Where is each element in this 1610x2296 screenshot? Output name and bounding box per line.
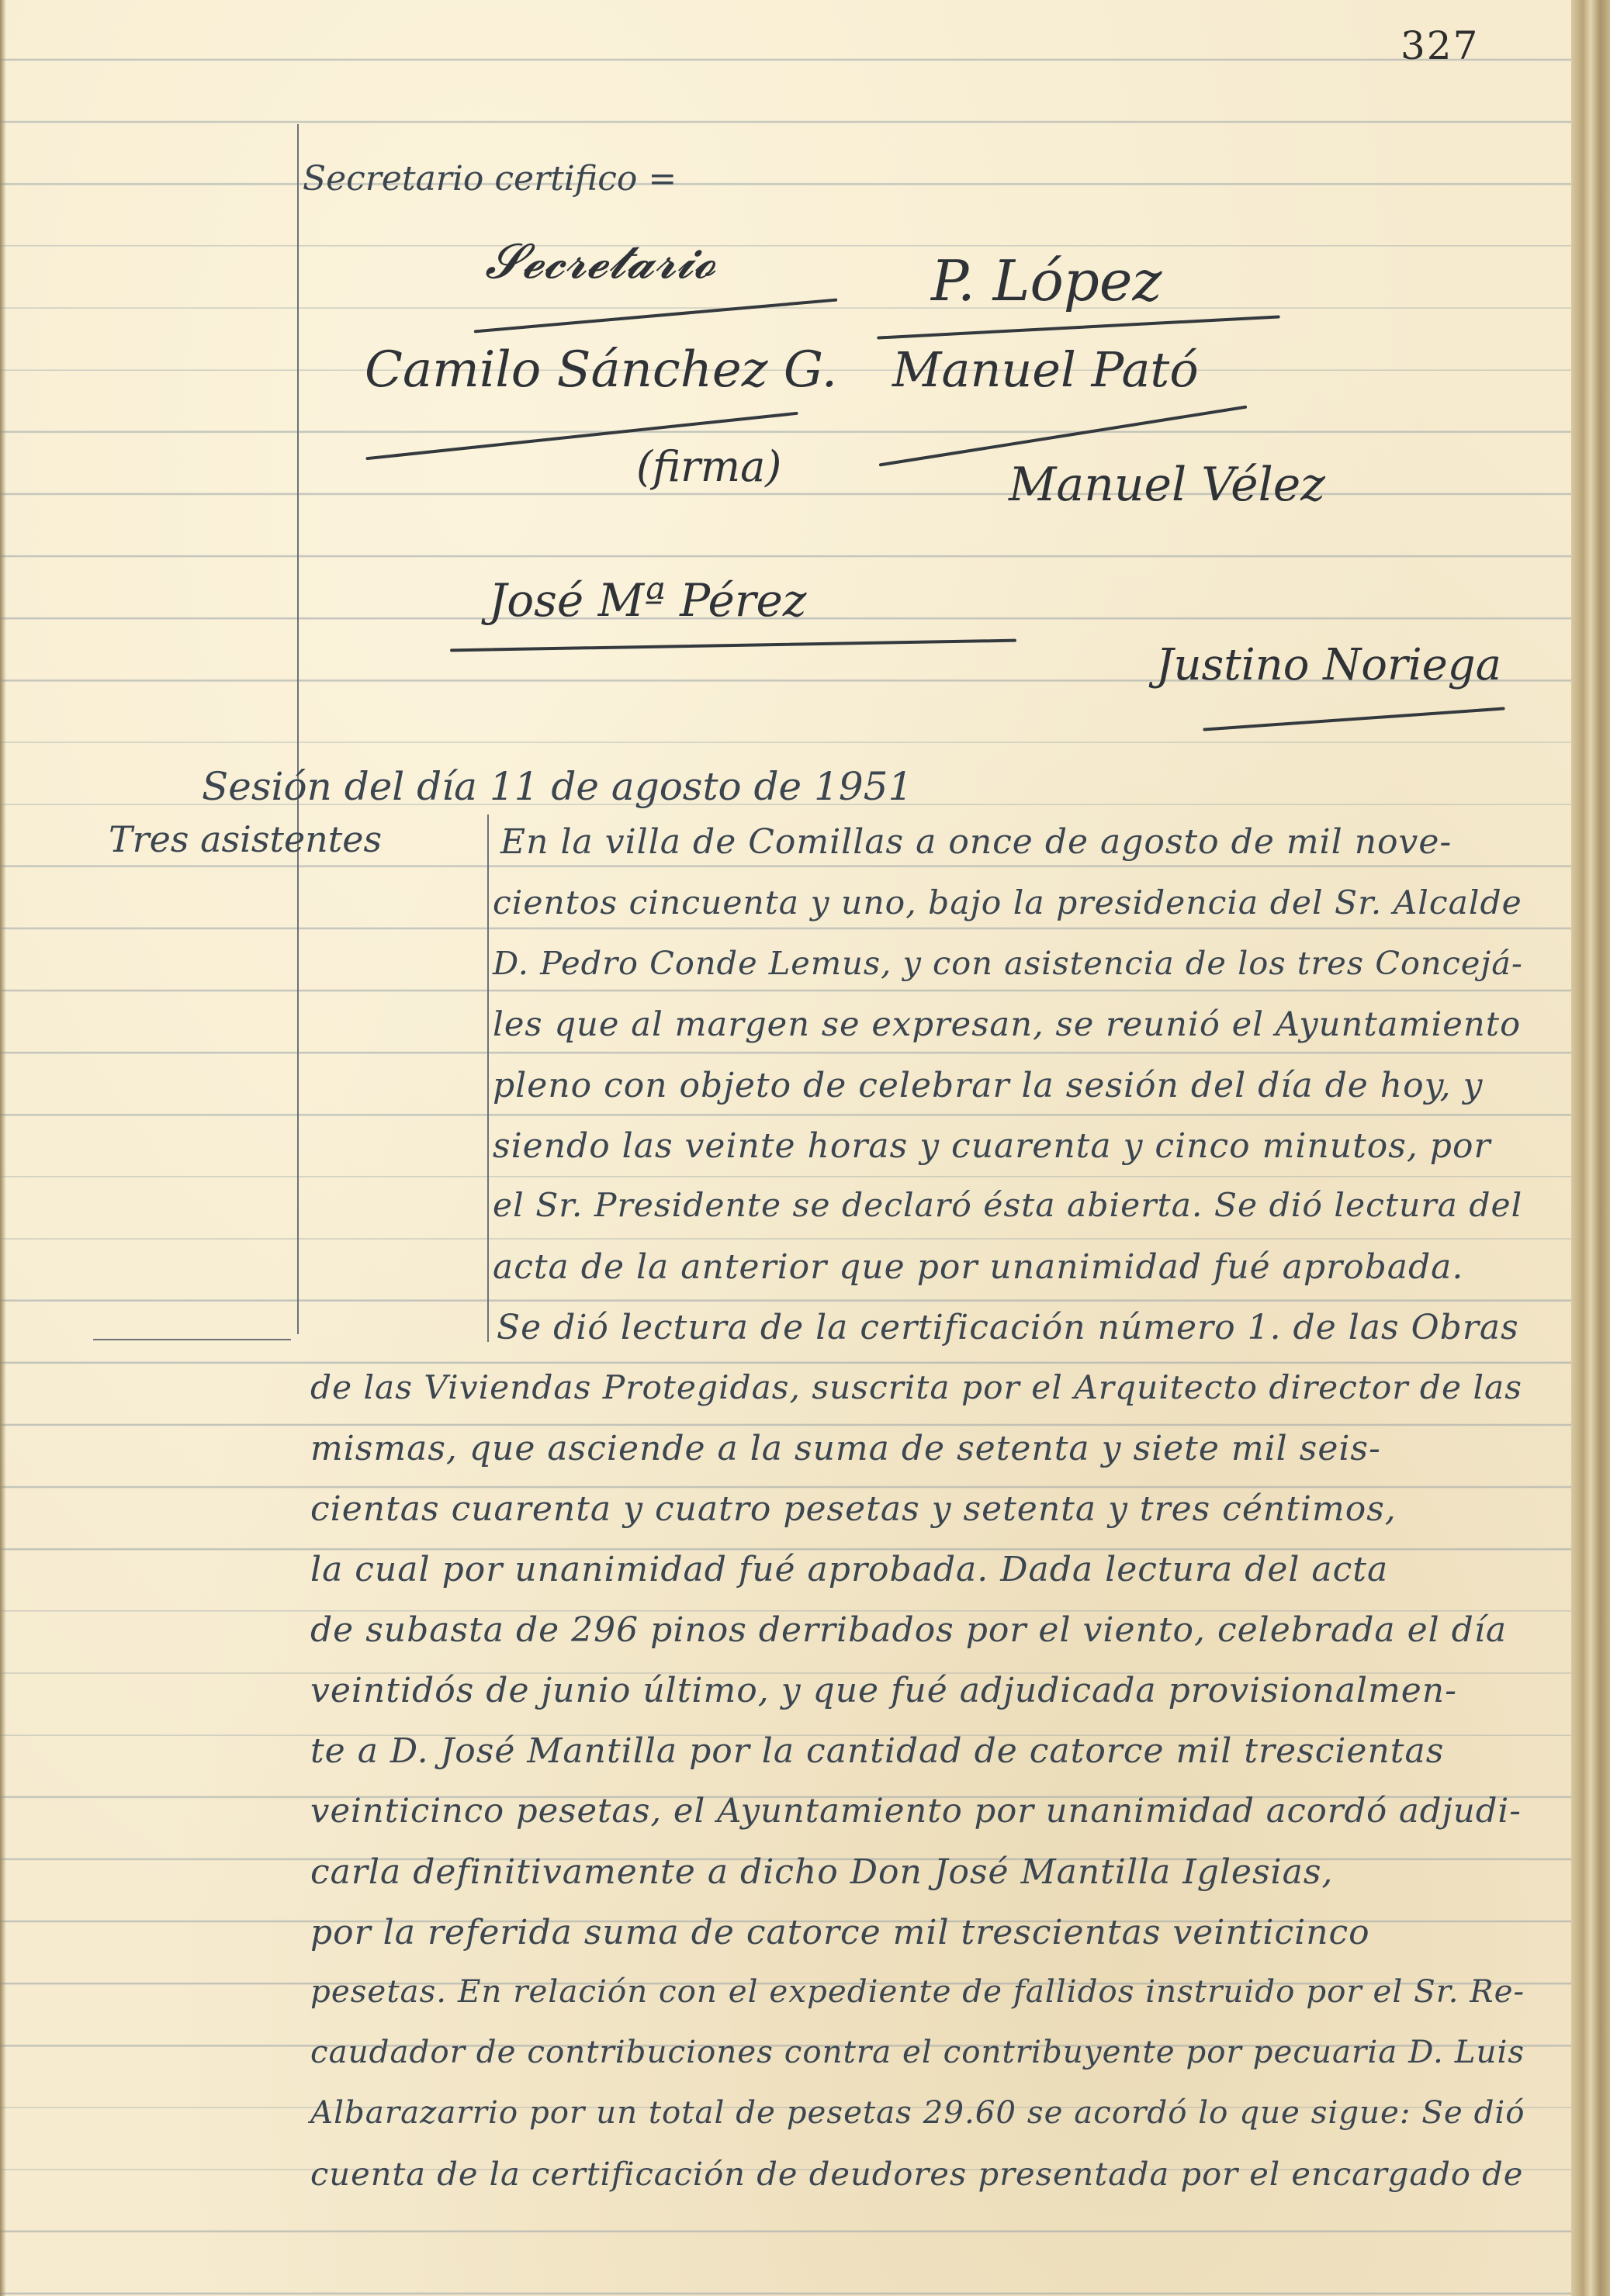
session-line: por la referida suma de catorce mil tres…: [310, 1913, 1370, 1952]
margin-line-top: [297, 124, 299, 1334]
signature-noriega: Justino Noriega: [1156, 640, 1501, 690]
certification-heading: Secretario certifico =: [303, 159, 677, 199]
session-line: carla definitivamente a dicho Don José M…: [310, 1852, 1333, 1892]
session-line: caudador de contribuciones contra el con…: [310, 2034, 1525, 2070]
margin-divider: [93, 1339, 291, 1340]
session-line: cuenta de la certificación de deudores p…: [310, 2155, 1523, 2193]
session-line: Se dió lectura de la certificación númer…: [497, 1308, 1519, 1347]
signature-sanchez: Camilo Sánchez G.: [365, 341, 837, 399]
signature: 𝓢𝓮𝓬𝓻𝓮𝓽𝓪𝓻𝓲𝓸: [485, 233, 716, 290]
ledger-page: 327 Secretario certifico = Secretario (f…: [0, 0, 1610, 2296]
session-line: les que al margen se expresan, se reunió…: [493, 1005, 1521, 1044]
session-line: pesetas. En relación con el expediente d…: [310, 1973, 1525, 2010]
page-left-edge: [0, 0, 6, 2296]
signature-velez: Manuel Vélez: [1009, 458, 1325, 512]
session-line: siendo las veinte horas y cuarenta y cin…: [493, 1126, 1491, 1166]
session-line: mismas, que asciende a la suma de setent…: [310, 1429, 1381, 1468]
page-number: 327: [1401, 23, 1479, 68]
signature-lopez: P. López: [931, 248, 1162, 313]
session-line: D. Pedro Conde Lemus, y con asistencia d…: [493, 945, 1523, 982]
session-title: Sesión del día 11 de agosto de 1951: [202, 764, 912, 809]
session-line: Albarazarrio por un total de pesetas 29.…: [310, 2094, 1525, 2131]
session-line: En la villa de Comillas a once de agosto…: [500, 822, 1452, 862]
book-spine: [1571, 0, 1610, 2296]
session-line: de subasta de 296 pinos derribados por e…: [310, 1610, 1507, 1650]
session-line: veinticinco pesetas, el Ayuntamiento por…: [310, 1792, 1522, 1831]
session-line: la cual por unanimidad fué aprobada. Dad…: [310, 1550, 1388, 1589]
session-line: veintidós de junio último, y que fué adj…: [310, 1671, 1457, 1710]
margin-line-inner: [487, 814, 489, 1342]
attendees-margin-note: Tres asistentes: [109, 818, 382, 860]
session-line: cientas cuarenta y cuatro pesetas y sete…: [310, 1489, 1397, 1529]
session-line: te a D. José Mantilla por la cantidad de…: [310, 1731, 1444, 1771]
session-line: el Sr. Presidente se declaró ésta abiert…: [493, 1187, 1522, 1225]
session-line: cientos cincuenta y uno, bajo la preside…: [493, 884, 1522, 922]
signature-perez: José Mª Pérez: [489, 574, 806, 627]
session-line: pleno con objeto de celebrar la sesión d…: [493, 1066, 1483, 1105]
signature-illegible: (firma): [636, 442, 781, 491]
signature-pato: Manuel Pató: [892, 341, 1199, 398]
session-line: de las Viviendas Protegidas, suscrita po…: [310, 1368, 1522, 1406]
session-line: acta de la anterior que por unanimidad f…: [493, 1247, 1463, 1287]
